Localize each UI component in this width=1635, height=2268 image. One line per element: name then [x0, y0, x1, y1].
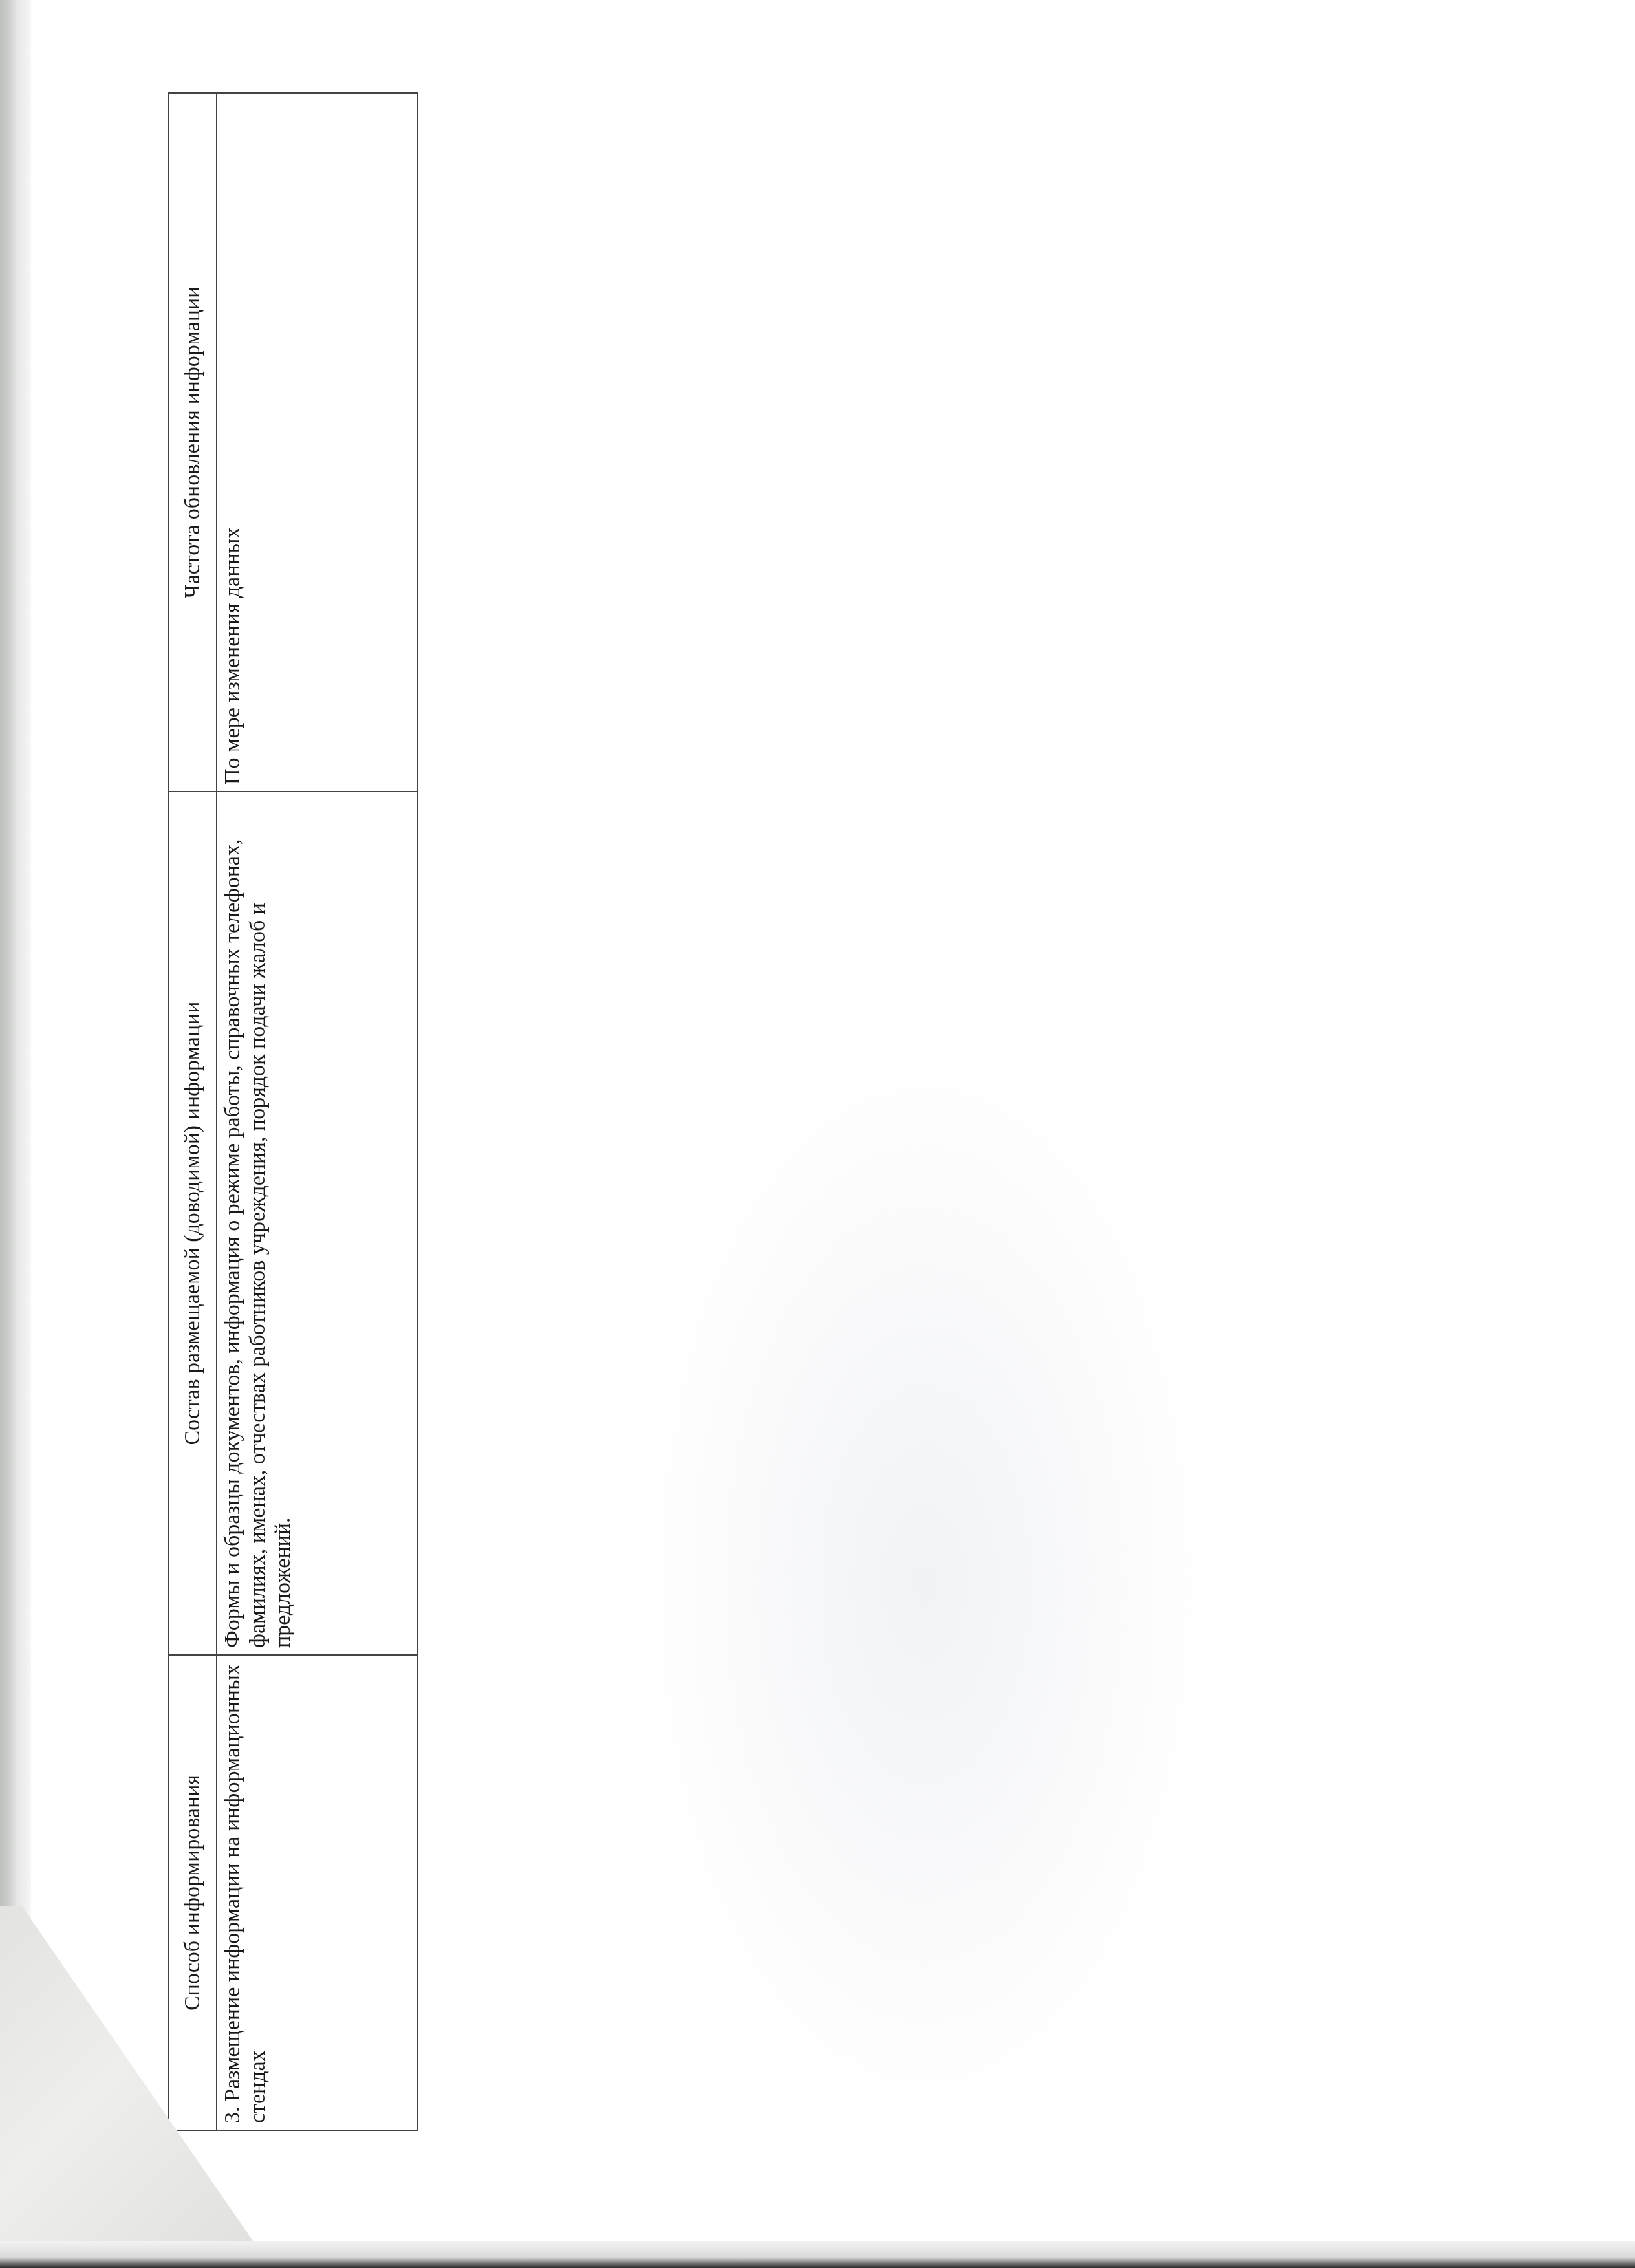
header-method: Способ информирования [169, 1655, 217, 2130]
cell-frequency: По мере изменения данных [217, 93, 417, 792]
bleed-through-shadow [634, 1035, 1216, 2134]
rotated-page: Способ информирования Состав размещаемой… [168, 94, 414, 2131]
scan-shadow [0, 0, 17, 1914]
scan-edge-bottom [0, 2241, 1635, 2268]
header-frequency: Частота обновления информации [169, 93, 217, 792]
table-header-row: Способ информирования Состав размещаемой… [169, 93, 217, 2130]
cell-method: 3. Размещение информации на информационн… [217, 1655, 417, 2130]
information-table: Способ информирования Состав размещаемой… [168, 92, 418, 2131]
table-row: 3. Размещение информации на информационн… [217, 93, 417, 2130]
cell-content: Формы и образцы документов, информация о… [217, 792, 417, 1655]
header-content: Состав размещаемой (доводимой) информаци… [169, 792, 217, 1655]
